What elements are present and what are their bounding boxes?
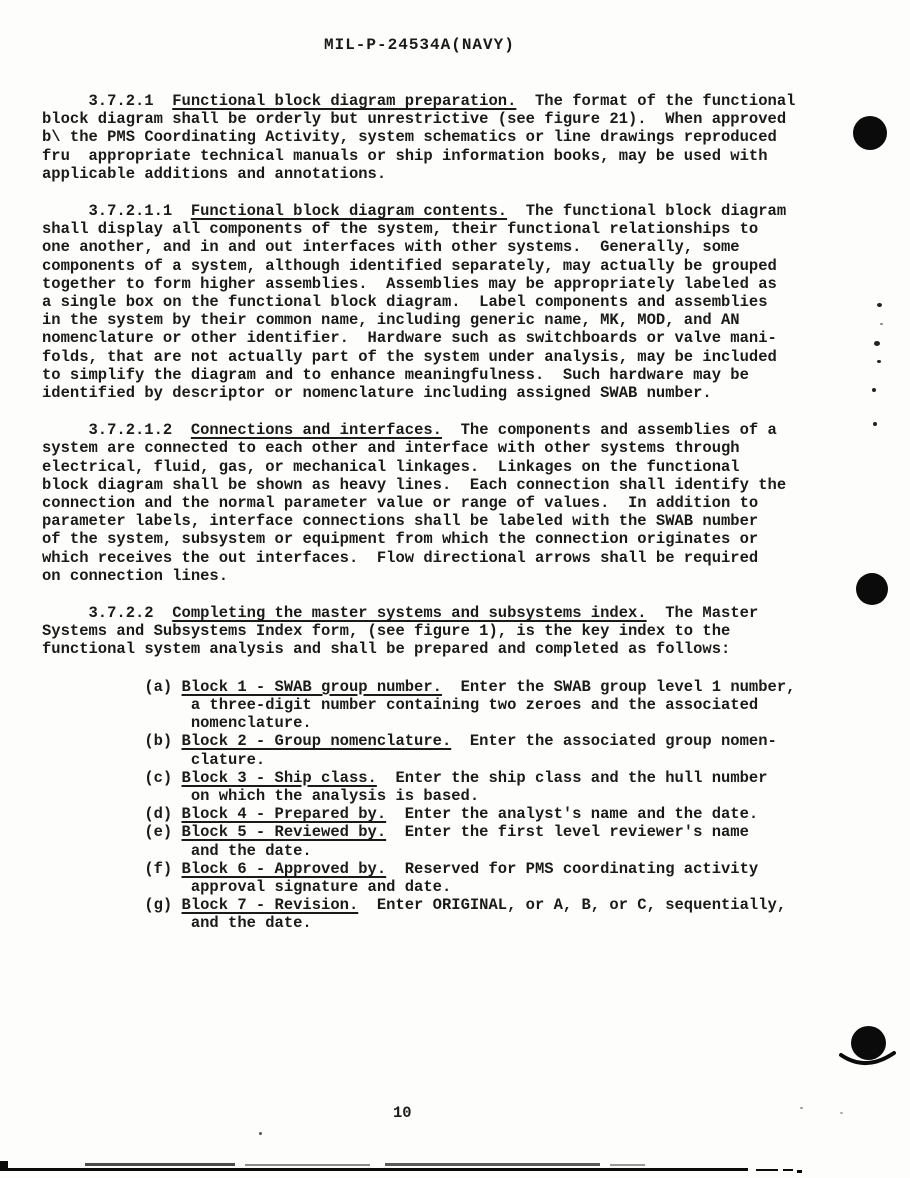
- document-body: 3.7.2.1 Functional block diagram prepara…: [42, 92, 822, 933]
- list-item-text: and the date.: [42, 842, 822, 860]
- list-item-marker: (d): [144, 805, 181, 823]
- scanned-document-page: MIL-P-24534A(NAVY) 3.7.2.1 Functional bl…: [0, 0, 910, 1178]
- list-item-lead: Enter the analyst's name and the date.: [386, 805, 758, 823]
- list-item-label: Block 2 - Group nomenclature.: [182, 732, 452, 750]
- section-lead-text: The components and assemblies of a: [442, 421, 777, 439]
- section-title: Functional block diagram contents.: [191, 202, 507, 220]
- list-item-lead: Enter the first level reviewer's name: [386, 823, 749, 841]
- list-item-lead: Enter the SWAB group level 1 number,: [442, 678, 795, 696]
- bottom-border-dash: [797, 1170, 802, 1173]
- section-body-text: shall display all components of the syst…: [42, 220, 822, 402]
- list-item-lead: Reserved for PMS coordinating activity: [386, 860, 758, 878]
- section-number: 3.7.2.1.2: [89, 421, 173, 439]
- list-item-b: (b)Block 2 - Group nomenclature. Enter t…: [42, 732, 822, 768]
- list-item-text: on which the analysis is based.: [42, 787, 822, 805]
- list-item-text: clature.: [42, 751, 822, 769]
- list-item-lead: Enter the associated group nomen-: [451, 732, 777, 750]
- bottom-border-smudge: [245, 1164, 370, 1166]
- bottom-border-smudge: [85, 1163, 235, 1166]
- document-number-header: MIL-P-24534A(NAVY): [324, 36, 515, 54]
- scan-speck: [259, 1132, 262, 1135]
- list-item-lead: Enter ORIGINAL, or A, B, or C, sequentia…: [358, 896, 786, 914]
- section-3-7-2-1-1: 3.7.2.1.1 Functional block diagram conte…: [42, 202, 822, 402]
- section-3-7-2-1-2: 3.7.2.1.2 Connections and interfaces. Th…: [42, 421, 822, 585]
- list-item-lead: Enter the ship class and the hull number: [377, 769, 768, 787]
- list-item-d: (d)Block 4 - Prepared by. Enter the anal…: [42, 805, 822, 823]
- list-item-marker: (g): [144, 896, 181, 914]
- list-item-text: and the date.: [42, 914, 822, 932]
- section-number: 3.7.2.1.1: [89, 202, 173, 220]
- list-item-c: (c)Block 3 - Ship class. Enter the ship …: [42, 769, 822, 805]
- bottom-border-smudge: [385, 1163, 600, 1166]
- list-item-label: Block 5 - Reviewed by.: [182, 823, 387, 841]
- list-item-marker: (c): [144, 769, 181, 787]
- section-body-text: Systems and Subsystems Index form, (see …: [42, 622, 822, 658]
- list-item-e: (e)Block 5 - Reviewed by. Enter the firs…: [42, 823, 822, 859]
- list-item-g: (g)Block 7 - Revision. Enter ORIGINAL, o…: [42, 896, 822, 932]
- scan-speck: [800, 1107, 803, 1109]
- section-title: Functional block diagram preparation.: [172, 92, 516, 110]
- list-item-f: (f)Block 6 - Approved by. Reserved for P…: [42, 860, 822, 896]
- list-item-marker: (f): [144, 860, 181, 878]
- punch-hole-mark: [853, 116, 887, 150]
- list-item-marker: (e): [144, 823, 181, 841]
- bottom-border-line: [2, 1168, 748, 1171]
- scan-speck: [880, 323, 883, 325]
- section-lead-text: The Master: [647, 604, 759, 622]
- section-lead-text: The functional block diagram: [507, 202, 786, 220]
- list-item-label: Block 3 - Ship class.: [182, 769, 377, 787]
- scan-speck: [872, 388, 876, 392]
- scan-speck: [873, 422, 877, 426]
- section-heading-line: 3.7.2.1 Functional block diagram prepara…: [42, 92, 822, 110]
- block-instructions-list: (a)Block 1 - SWAB group number. Enter th…: [42, 678, 822, 933]
- section-lead-text: The format of the functional: [516, 92, 795, 110]
- list-item-a: (a)Block 1 - SWAB group number. Enter th…: [42, 678, 822, 733]
- scan-speck: [877, 303, 882, 307]
- scan-speck: [874, 341, 880, 346]
- section-heading-line: 3.7.2.2 Completing the master systems an…: [42, 604, 822, 622]
- list-item-marker: (a): [144, 678, 181, 696]
- section-body-text: block diagram shall be orderly but unres…: [42, 110, 822, 183]
- section-title: Connections and interfaces.: [191, 421, 442, 439]
- section-heading-line: 3.7.2.1.2 Connections and interfaces. Th…: [42, 421, 822, 439]
- ink-smear-arc: [836, 1048, 898, 1070]
- bottom-border-smudge: [610, 1164, 645, 1166]
- list-item-label: Block 4 - Prepared by.: [182, 805, 387, 823]
- list-item-text: a three-digit number containing two zero…: [42, 696, 822, 732]
- section-number: 3.7.2.2: [89, 604, 154, 622]
- section-3-7-2-2: 3.7.2.2 Completing the master systems an…: [42, 604, 822, 659]
- bottom-border-dash: [783, 1169, 793, 1171]
- scan-speck: [840, 1112, 843, 1114]
- list-item-text: approval signature and date.: [42, 878, 822, 896]
- section-body-text: system are connected to each other and i…: [42, 439, 822, 585]
- punch-hole-mark: [856, 573, 888, 605]
- scan-speck: [877, 360, 881, 363]
- list-item-label: Block 6 - Approved by.: [182, 860, 387, 878]
- section-3-7-2-1: 3.7.2.1 Functional block diagram prepara…: [42, 92, 822, 183]
- list-item-label: Block 1 - SWAB group number.: [182, 678, 442, 696]
- page-number: 10: [393, 1104, 412, 1122]
- bottom-border-dash: [756, 1169, 778, 1171]
- section-title: Completing the master systems and subsys…: [172, 604, 646, 622]
- list-item-label: Block 7 - Revision.: [182, 896, 359, 914]
- section-number: 3.7.2.1: [89, 92, 154, 110]
- section-heading-line: 3.7.2.1.1 Functional block diagram conte…: [42, 202, 822, 220]
- list-item-marker: (b): [144, 732, 181, 750]
